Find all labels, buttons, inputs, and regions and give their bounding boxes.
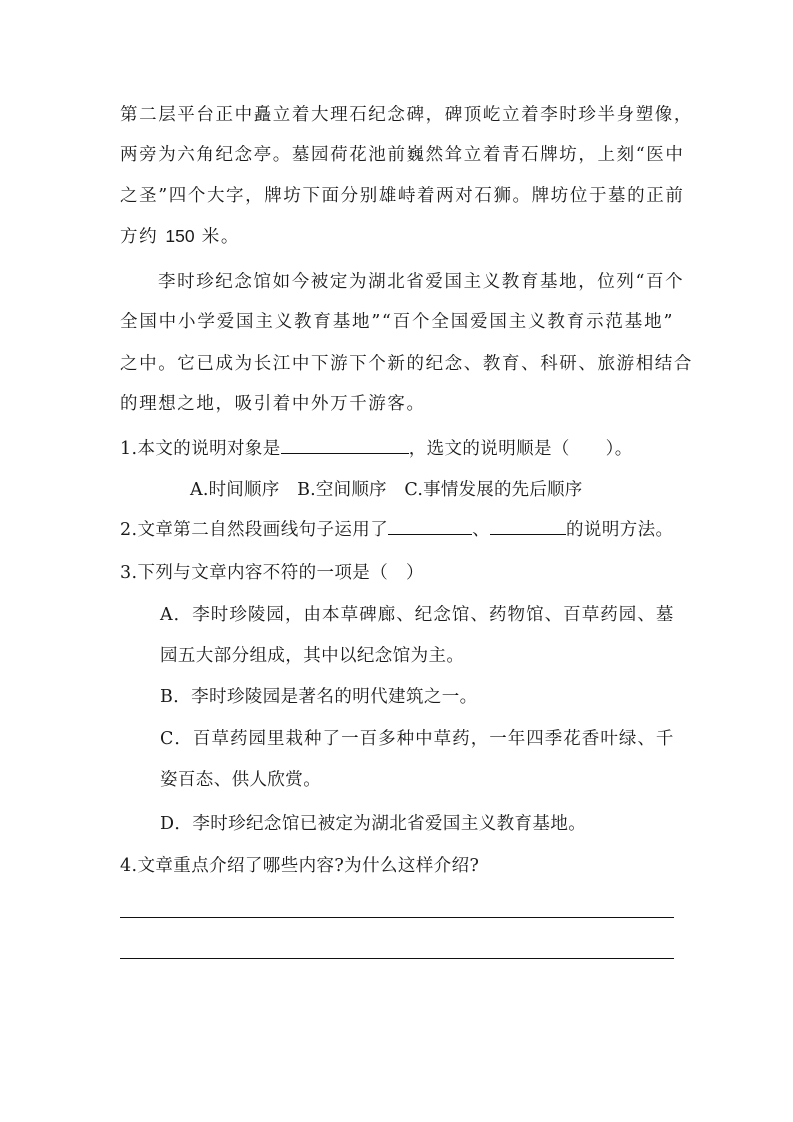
paragraph-2-line-3: 之中。它已成为长江中下游下个新的纪念、教育、科研、旅游相结合	[120, 352, 674, 376]
question-2: 2.文章第二自然段画线句子运用了、的说明方法。	[120, 518, 674, 542]
question-3-option-b: B．李时珍陵园是著名的明代建筑之一。	[160, 685, 674, 709]
paragraph-1-line-1: 第二层平台正中矗立着大理石纪念碑，碑顶屹立着李时珍半身塑像，	[120, 103, 674, 127]
paragraph-2-line-1: 李时珍纪念馆如今被定为湖北省爱国主义教育基地，位列“百个	[158, 270, 674, 294]
question-3-option-c-line-1: C．百草药园里栽种了一百多种中草药，一年四季花香叶绿、千	[160, 727, 674, 751]
answer-blank-1[interactable]	[281, 439, 409, 454]
question-1-prefix: 1.本文的说明对象是	[120, 439, 281, 459]
paragraph-1-line-2: 两旁为六角纪念亭。墓园荷花池前巍然耸立着青石牌坊，上刻“医中	[120, 143, 674, 167]
paragraph-2-line-4: 的理想之地，吸引着中外万千游客。	[120, 392, 674, 416]
question-1: 1.本文的说明对象是，选文的说明顺是（ ）。	[120, 437, 674, 461]
question-2-prefix: 2.文章第二自然段画线句子运用了	[120, 520, 388, 540]
answer-blank-2a[interactable]	[388, 520, 472, 535]
question-1-options: A.时间顺序 B.空间顺序 C.事情发展的先后顺序	[190, 478, 610, 502]
paragraph-2-line-2: 全国中小学爱国主义教育基地”“百个全国爱国主义教育示范基地”	[120, 310, 674, 334]
distance-number: 150	[165, 226, 194, 246]
question-2-suffix: 的说明方法。	[566, 520, 673, 540]
question-1-middle: ，选文的说明顺是（ ）。	[409, 439, 633, 459]
question-3-option-a-line-2: 园五大部分组成，其中以纪念馆为主。	[160, 644, 674, 668]
answer-line-2[interactable]	[120, 958, 674, 959]
question-4-stem: 4.文章重点介绍了哪些内容?为什么这样介绍?	[120, 854, 674, 878]
answer-blank-2b[interactable]	[490, 520, 566, 535]
text: 方约	[120, 227, 158, 247]
answer-line-1[interactable]	[120, 917, 674, 918]
question-3-stem: 3.下列与文章内容不符的一项是（ ）	[120, 561, 674, 585]
text: 米。	[202, 227, 240, 247]
question-3-option-c-line-2: 姿百态、供人欣赏。	[160, 768, 674, 792]
question-2-sep: 、	[472, 520, 490, 540]
question-3-option-a-line-1: A．李时珍陵园，由本草碑廊、纪念馆、药物馆、百草药园、墓	[160, 603, 674, 627]
paragraph-1-line-4: 方约 150 米。	[120, 224, 674, 249]
paragraph-1-line-3: 之圣”四个大字，牌坊下面分别雄峙着两对石狮。牌坊位于墓的正前	[120, 184, 674, 208]
question-3-option-d: D．李时珍纪念馆已被定为湖北省爱国主义教育基地。	[160, 812, 674, 836]
